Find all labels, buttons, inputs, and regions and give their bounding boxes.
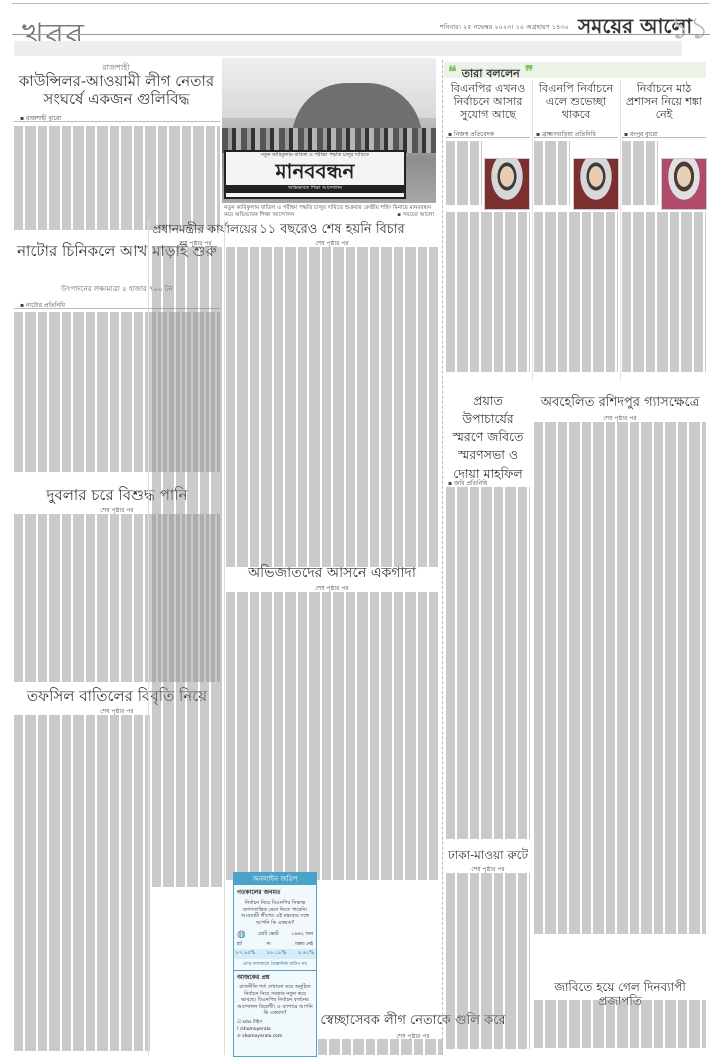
column-divider <box>224 220 225 1055</box>
poll-today-question: রাজনীতি শর্ত দেখানো করে অনুষ্ঠিত নির্বাচ… <box>234 984 316 1017</box>
divider <box>534 137 618 138</box>
online-poll-box: অনলাইন জরিপ গতকালের জনমত নির্বাচন নিয়ে … <box>233 872 317 1057</box>
body-volunteer <box>318 1039 443 1059</box>
quote-body-1a <box>446 141 482 211</box>
web-icon: ⊕ <box>237 1034 241 1039</box>
photo-human-chain: নতুন কারিকুলাম বাতিল ও পরীক্ষা পদ্ধতি চা… <box>222 58 436 203</box>
poll-yesterday-title: গতকালের জনমত <box>234 885 316 900</box>
headline-rajshahi[interactable]: কাউন্সিলর-আওয়ামী লীগ নেতার সংঘর্ষে একজন… <box>14 72 219 108</box>
body-rajshahi <box>14 126 220 231</box>
quote-body-1b <box>446 212 530 377</box>
section-title: খবর <box>22 10 85 67</box>
facebook-icon: f <box>237 1027 239 1032</box>
body-tofsil <box>14 715 150 1055</box>
poll-yesterday-question: নির্বাচন নিয়ে বিএনপির সিদ্ধান্ত অগণতান্… <box>234 900 316 926</box>
body-11-years <box>226 247 438 567</box>
headline-dhaka-mawa[interactable]: ঢাকা-মাওয়া রুটে <box>446 848 530 862</box>
globe-icon: ◍ <box>237 929 246 940</box>
quote-body-2b <box>534 212 618 377</box>
quote-headline-3[interactable]: নির্বাচনে মাঠ প্রশাসন নিয়ে শঙ্কা নেই <box>622 82 706 122</box>
headline-11-years[interactable]: ১১ বছরেও শেষ হয়নি বিচার <box>226 222 438 238</box>
quote-headline-1[interactable]: বিএনপির এখনও নির্বাচনে আসার সুযোগ আছে <box>446 82 530 122</box>
photo-credit: ▪ সময়ের আলো <box>397 212 434 219</box>
column-divider <box>620 80 621 380</box>
column-divider <box>532 80 533 380</box>
poll-link-facebook[interactable]: f /shomoyeralo <box>237 1026 313 1033</box>
poll-option-value: ৪.৬১% <box>298 950 314 958</box>
close-quote-icon: ❞ <box>525 62 534 81</box>
quote-byline-2: ▪ ব্রাহ্মণবাড়িয়া প্রতিনিধি <box>536 129 596 140</box>
quote-byline-3: ▪ রংপুর ব্যুরো <box>624 129 658 140</box>
poll-option-label: মন্তব্য নেই <box>295 941 313 948</box>
quote-body-3a <box>622 141 658 211</box>
poll-option-labels: হ্যাঁ না মন্তব্য নেই <box>234 940 316 949</box>
banner: নতুন কারিকুলাম বাতিল ও পরীক্ষা পদ্ধতি চা… <box>224 150 406 199</box>
poll-total-value: ১৬৬২ জন <box>291 931 313 939</box>
headline-vice-chancellor[interactable]: প্রয়াত উপাচার্যের স্মরণে জবিতে স্মরণসভা… <box>446 392 530 483</box>
sms-icon: ☑ <box>237 1020 241 1025</box>
quote-body-2a <box>534 141 570 211</box>
poll-option-values: ৮৭.৯৫% ৮৮.১৮% ৪.৬১% <box>234 949 316 959</box>
header-rule <box>12 34 710 35</box>
poll-total-label: মোট ভোট <box>258 931 279 939</box>
open-quote-icon: ❝ <box>448 62 457 81</box>
poll-links: ☑ sms টাইপ f /shomoyeralo ⊕ shomoyeralo.… <box>234 1017 316 1042</box>
date-line: শনিবার। ২৫ নভেম্বর ২০২৩। ১০ অগ্রহায়ণ ১৪… <box>440 22 569 33</box>
quote-body-3b <box>622 212 706 377</box>
poll-option-value: ৮৮.১৮% <box>267 950 286 958</box>
quotes-title: তারা বললেন <box>462 67 520 80</box>
body-vice-chancellor <box>446 487 530 842</box>
portrait-2 <box>573 158 619 210</box>
link-text: shomoyeralo.com <box>242 1034 282 1039</box>
column-divider <box>442 60 443 1055</box>
poll-note: প্রাপ্ত ফলাফলে বৈজ্ঞানিক জরিপ নয় <box>234 959 316 970</box>
banner-main-text: মানববন্ধন <box>226 160 404 182</box>
byline-natore: ▪ নাটোর প্রতিনিধি <box>20 300 65 311</box>
poll-option-label: হ্যাঁ <box>237 941 242 948</box>
poll-option-label: না <box>267 941 271 948</box>
body-butterfly <box>534 1000 706 1055</box>
link-text: sms টাইপ <box>242 1020 262 1025</box>
top-band <box>14 41 682 56</box>
quote-byline-1: ▪ নিজস্ব প্রতিবেদক <box>448 129 494 140</box>
poll-link-sms[interactable]: ☑ sms টাইপ <box>237 1019 313 1026</box>
poll-link-web[interactable]: ⊕ shomoyeralo.com <box>237 1033 313 1040</box>
quotes-header: ❝ তারা বললেন ❞ <box>444 62 706 78</box>
divider <box>14 121 220 122</box>
headline-rashidpur[interactable]: অবহেলিত রশিদপুর গ্যাসক্ষেত্রে <box>534 395 706 411</box>
top-rule <box>12 3 710 4</box>
poll-today-title: আজকের প্রশ্ন <box>234 970 316 984</box>
body-pm-office <box>152 247 222 1037</box>
portrait-3 <box>661 158 707 210</box>
quote-headline-2[interactable]: বিএনপি নির্বাচনে এলে শুভেচ্ছা থাকবে <box>534 82 618 122</box>
portrait-1 <box>484 158 530 210</box>
divider <box>446 137 530 138</box>
credit-text: সময়ের আলো <box>403 212 434 218</box>
photo-caption: নতুন কারিকুলাম বাতিল ও পরীক্ষা পদ্ধতি চা… <box>224 205 434 219</box>
byline-text: জবি প্রতিনিধি <box>454 480 487 487</box>
headline-aristocrats[interactable]: অভিজাতদের আসনে একগাদা <box>226 565 438 582</box>
poll-option-value: ৮৭.৯৫% <box>236 950 255 958</box>
byline-rajshahi: ▪ রাজশাহী ব্যুরো <box>20 113 61 124</box>
link-text: /shomoyeralo <box>240 1027 271 1032</box>
body-dhaka-mawa <box>446 873 530 1053</box>
column-divider <box>148 220 149 1055</box>
body-rashidpur <box>534 422 706 947</box>
divider <box>622 137 706 138</box>
banner-bottom-text: অভিভাবক শিক্ষা আন্দোলন <box>226 185 404 193</box>
poll-title: অনলাইন জরিপ <box>234 873 316 885</box>
poll-total-row: ◍ মোট ভোট ১৬৬২ জন <box>234 926 316 940</box>
